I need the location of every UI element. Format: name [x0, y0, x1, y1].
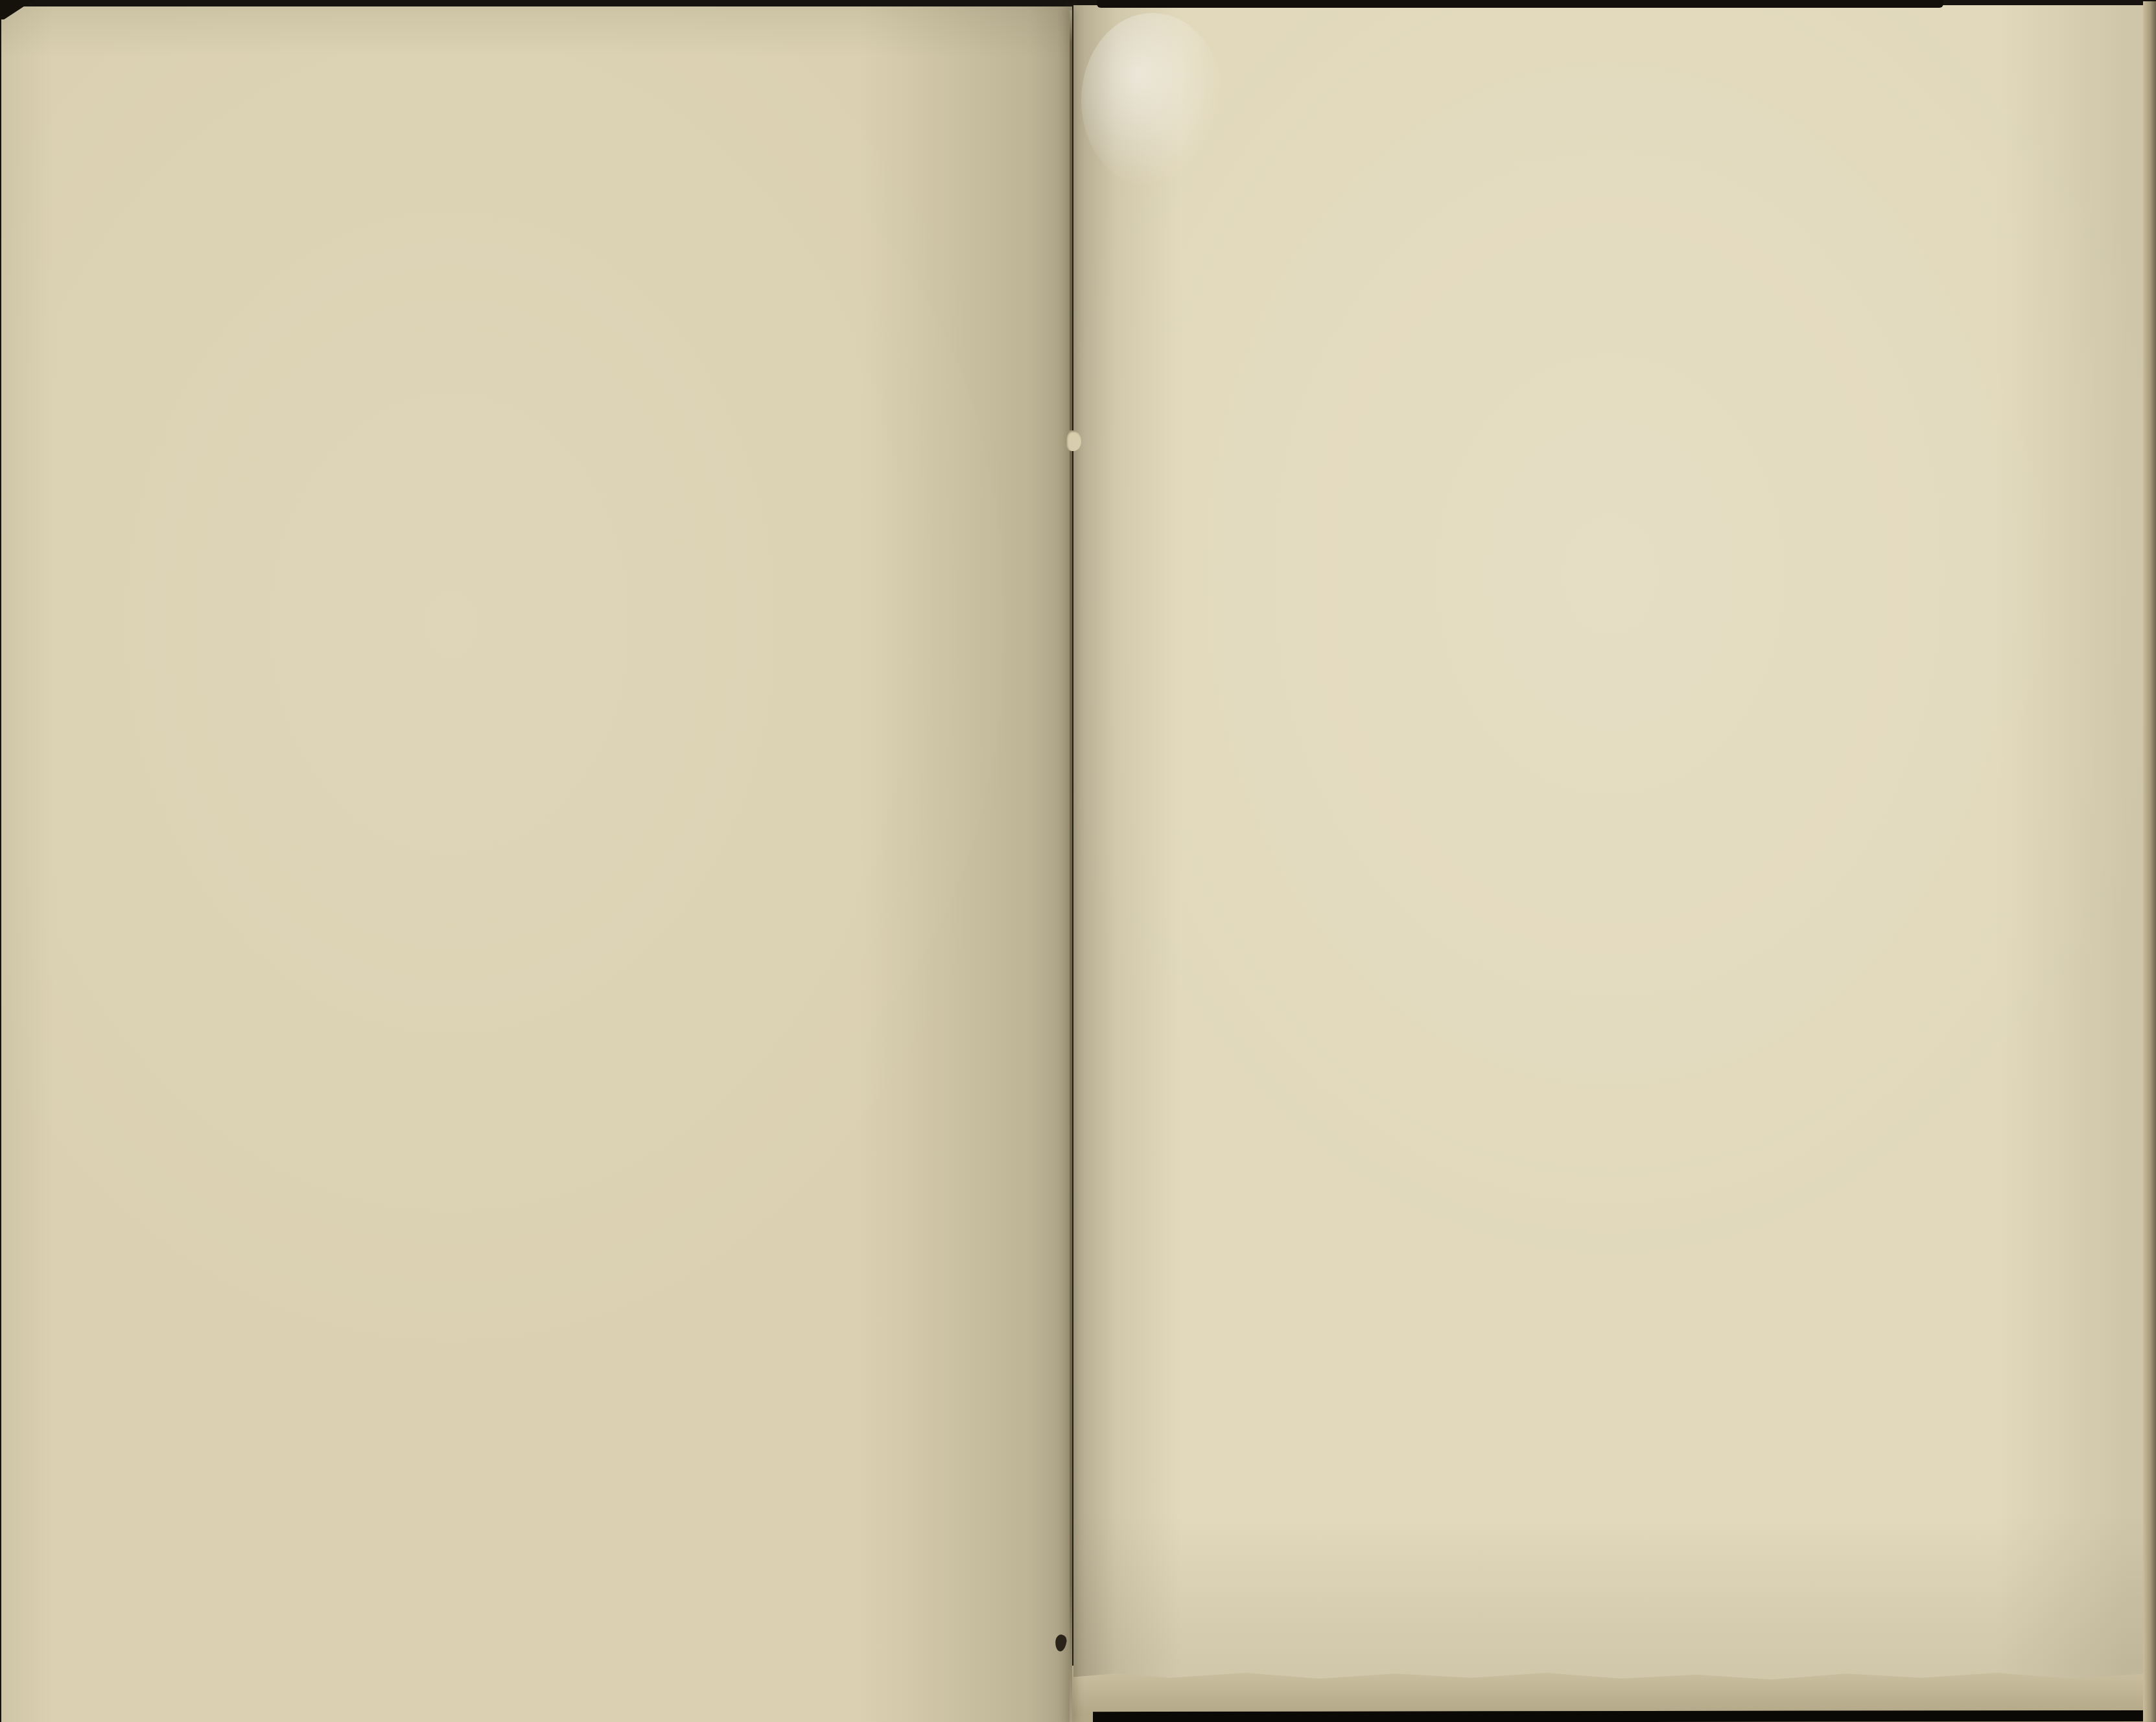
scan-bottom-edge — [1093, 1710, 2156, 1722]
gutter-notch — [1066, 430, 1081, 451]
gutter-crease — [1070, 10, 1072, 1722]
gutter-highlight — [1081, 13, 1224, 188]
book-page-left — [1, 6, 1072, 1722]
book-scan-spread: 8 THE EXECUTION OF CHARLES I. THE EXECUT… — [0, 0, 2156, 1722]
scan-top-edge — [1097, 0, 1943, 8]
page-stack-edge — [2143, 1, 2156, 1722]
book-page-right — [1073, 5, 2147, 1681]
